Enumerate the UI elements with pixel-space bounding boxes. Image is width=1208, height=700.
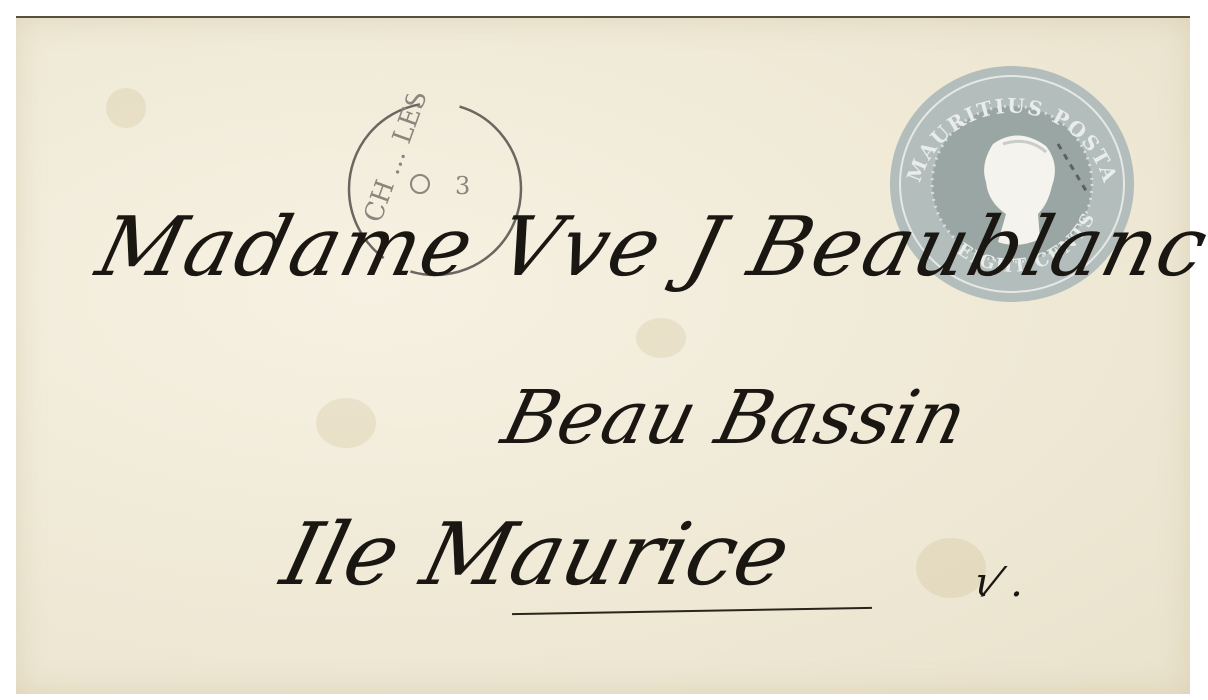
address-line-2: Beau Bassin xyxy=(494,375,975,461)
foxing-spot xyxy=(316,398,376,448)
foxing-spot xyxy=(636,318,686,358)
pen-mark: ɩ⁄ . xyxy=(975,560,1023,606)
address-line-1: Madame Vve J Beaublanc xyxy=(88,200,1208,295)
foxing-spot xyxy=(106,88,146,128)
address-line-3: Ile Maurice xyxy=(273,505,800,605)
postmark-date-text: 3 xyxy=(455,172,470,200)
